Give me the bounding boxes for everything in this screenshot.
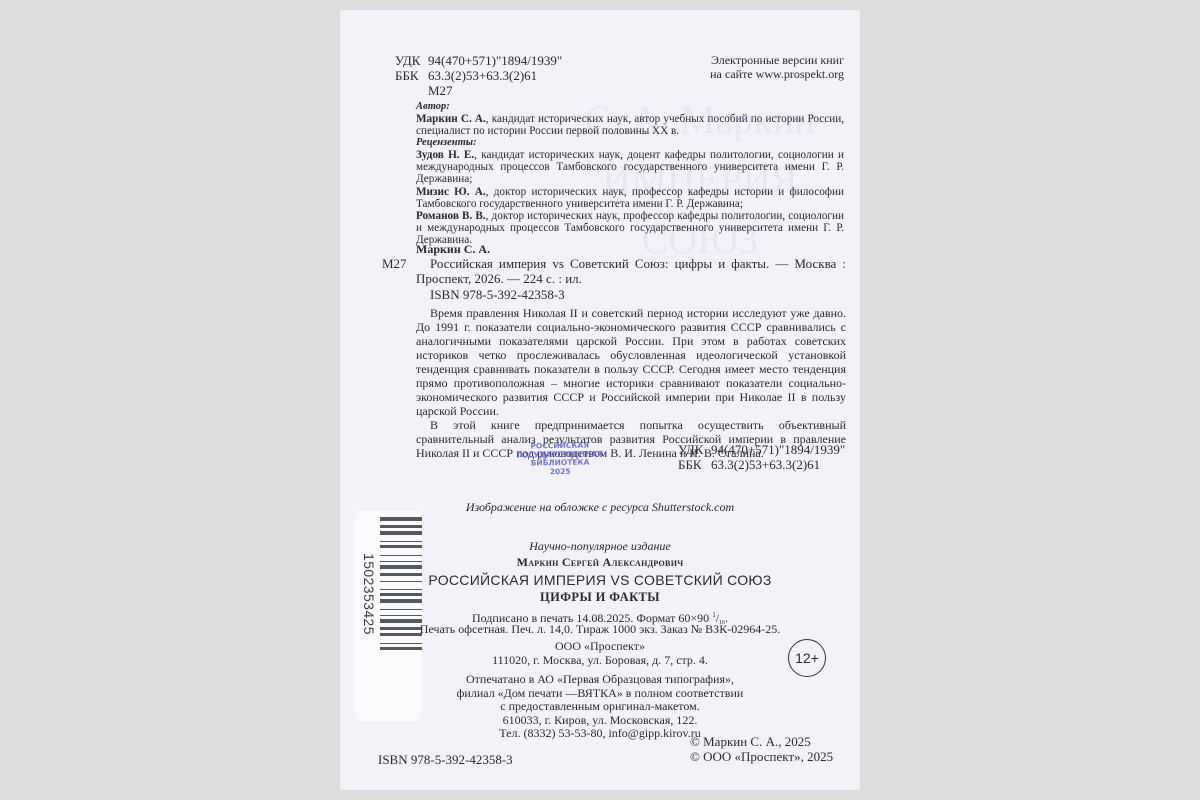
reviewer-description: , кандидат исторических наук, доцент каф…: [416, 149, 844, 185]
stamp-line: 2025: [517, 467, 603, 477]
card-code: М27: [382, 256, 407, 271]
classification-codes-repeat: УДК94(470+571)"1894/1939" ББК63.3(2)53+6…: [678, 442, 845, 472]
copyright-author: © Маркин С. А., 2025: [690, 734, 833, 749]
printer-line: Отпечатано в АО «Первая Образцовая типог…: [340, 672, 860, 686]
reviewer-item: Зудов Н. Е., кандидат исторических наук,…: [416, 149, 844, 186]
printer-line: 610033, г. Киров, ул. Московская, 122.: [340, 713, 860, 727]
print-line: Печать офсетная. Печ. л. 14,0. Тираж 100…: [340, 622, 860, 636]
udk-label: УДК: [678, 442, 711, 457]
isbn-footer: ISBN 978-5-392-42358-3: [378, 752, 513, 767]
book-title: РОССИЙСКАЯ ИМПЕРИЯ VS СОВЕТСКИЙ СОЮЗ: [340, 572, 860, 589]
electronic-line-1: Электронные версии книг: [710, 53, 844, 67]
bbk-value: 63.3(2)53+63.3(2)61: [428, 68, 537, 83]
printer-line: с предоставленным оригинал-макетом.: [340, 699, 860, 713]
publisher-info: ООО «Проспект» 111020, г. Москва, ул. Бо…: [340, 639, 860, 667]
udk-value: 94(470+571)"1894/1939": [711, 442, 845, 457]
abstract: Время правления Николая II и советский п…: [416, 306, 846, 460]
bbk-label: ББК: [678, 457, 711, 472]
publisher-address: 111020, г. Москва, ул. Боровая, д. 7, ст…: [340, 653, 860, 667]
edition-kind: Научно-популярное издание: [340, 539, 860, 553]
library-stamp: РОССИЙСКАЯ ГОСУДАРСТВЕННАЯ БИБЛИОТЕКА 20…: [517, 441, 604, 476]
reviewers-block: Рецензенты: Зудов Н. Е., кандидат истори…: [416, 137, 844, 247]
electronic-line-2[interactable]: на сайте www.prospekt.org: [710, 67, 844, 81]
author-block: Автор: Маркин С. А., кандидат историческ…: [416, 101, 844, 137]
book-subtitle: ЦИФРЫ И ФАКТЫ: [340, 590, 860, 605]
card-title: Российская империя vs Советский Союз: ци…: [416, 256, 846, 286]
electronic-versions-note: Электронные версии книг на сайте www.pro…: [710, 53, 844, 81]
format-numerator: 1: [712, 611, 716, 619]
udk-label: УДК: [395, 53, 428, 68]
bbk-value: 63.3(2)53+63.3(2)61: [711, 457, 820, 472]
reviewers-heading: Рецензенты:: [416, 137, 844, 149]
card-author: Маркин С. А.: [416, 242, 490, 256]
classification-codes: УДК94(470+571)"1894/1939" ББК63.3(2)53+6…: [395, 53, 562, 98]
printer-info: Отпечатано в АО «Первая Образцовая типог…: [340, 672, 860, 740]
reviewer-name: Зудов Н. Е.: [416, 149, 474, 161]
publisher-name: ООО «Проспект»: [340, 639, 860, 653]
card-isbn: ISBN 978-5-392-42358-3: [430, 287, 565, 302]
reviewer-name: Мизис Ю. А.: [416, 186, 486, 198]
bbk-label: ББК: [395, 68, 428, 83]
author-code: М27: [428, 83, 453, 98]
book-page: С. А. МаркинИМПЕРИЯСОЮЗ УДК94(470+571)"1…: [340, 10, 860, 790]
printer-line: филиал «Дом печати —ВЯТКА» в полном соот…: [340, 686, 860, 700]
author-heading: Автор:: [416, 101, 844, 113]
copyright-publisher: © ООО «Проспект», 2025: [690, 749, 833, 764]
author-full-name: Маркин Сергей Александрович: [340, 555, 860, 569]
reviewer-item: Мизис Ю. А., доктор исторических наук, п…: [416, 186, 844, 210]
abstract-paragraph: Время правления Николая II и советский п…: [416, 306, 846, 418]
reviewer-name: Романов В. В.: [416, 210, 486, 222]
copyright-block: © Маркин С. А., 2025 © ООО «Проспект», 2…: [690, 734, 833, 764]
udk-value: 94(470+571)"1894/1939": [428, 53, 562, 68]
author-name: Маркин С. А.: [416, 113, 486, 125]
print-details: Подписано в печать 14.08.2025. Формат 60…: [340, 608, 860, 636]
